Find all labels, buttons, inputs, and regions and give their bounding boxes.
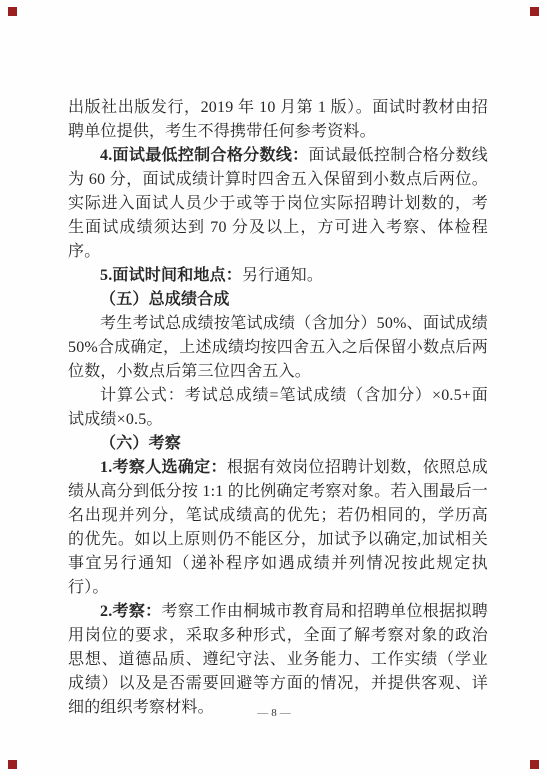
paragraph: 1.考察人选确定：根据有效岗位招聘计划数，依照总成绩从高分到低分按 1:1 的比…: [68, 456, 488, 600]
paragraph-text: 出版社出版发行，2019 年 10 月第 1 版）。面试时教材由招聘单位提供，考…: [68, 99, 488, 140]
paragraph: 2.考察：考察工作由桐城市教育局和招聘单位根据拟聘用岗位的要求，采取多种形式，全…: [68, 600, 488, 720]
paragraph-text: （六）考察: [100, 435, 181, 452]
paragraph-label: 4.面试最低控制合格分数线：: [100, 147, 309, 164]
paragraph-text: 根据有效岗位招聘计划数，依照总成绩从高分到低分按 1:1 的比例确定考察对象。若…: [68, 459, 488, 596]
paragraph-label: 2.考察：: [100, 603, 162, 620]
corner-marker-top-left: [8, 7, 17, 16]
page-number-value: 8: [268, 707, 280, 719]
paragraph: 考生考试总成绩按笔试成绩（含加分）50%、面试成绩 50%合成确定，上述成绩均按…: [68, 312, 488, 384]
page-number-dash-right: —: [280, 707, 291, 719]
paragraph: 5.面试时间和地点：另行通知。: [68, 264, 488, 288]
paragraph-label: 1.考察人选确定：: [100, 459, 227, 476]
paragraph: （六）考察: [68, 432, 488, 456]
page-number: —8—: [0, 707, 548, 719]
paragraph-text: 考生考试总成绩按笔试成绩（含加分）50%、面试成绩 50%合成确定，上述成绩均按…: [68, 315, 488, 380]
page-number-dash-left: —: [257, 707, 268, 719]
document-page: 出版社出版发行，2019 年 10 月第 1 版）。面试时教材由招聘单位提供，考…: [0, 0, 548, 776]
paragraph-text: （五）总成绩合成: [100, 291, 230, 308]
corner-marker-bottom-left: [8, 760, 17, 769]
paragraph: 4.面试最低控制合格分数线：面试最低控制合格分数线为 60 分，面试成绩计算时四…: [68, 144, 488, 264]
paragraph: 出版社出版发行，2019 年 10 月第 1 版）。面试时教材由招聘单位提供，考…: [68, 96, 488, 144]
paragraph-text: 计算公式：考试总成绩=笔试成绩（含加分）×0.5+面试成绩×0.5。: [68, 387, 488, 428]
corner-marker-bottom-right: [530, 760, 539, 769]
document-body: 出版社出版发行，2019 年 10 月第 1 版）。面试时教材由招聘单位提供，考…: [68, 96, 488, 720]
paragraph: （五）总成绩合成: [68, 288, 488, 312]
paragraph-text: 另行通知。: [242, 267, 323, 284]
paragraph: 计算公式：考试总成绩=笔试成绩（含加分）×0.5+面试成绩×0.5。: [68, 384, 488, 432]
paragraph-label: 5.面试时间和地点：: [100, 267, 242, 284]
corner-marker-top-right: [530, 7, 539, 16]
